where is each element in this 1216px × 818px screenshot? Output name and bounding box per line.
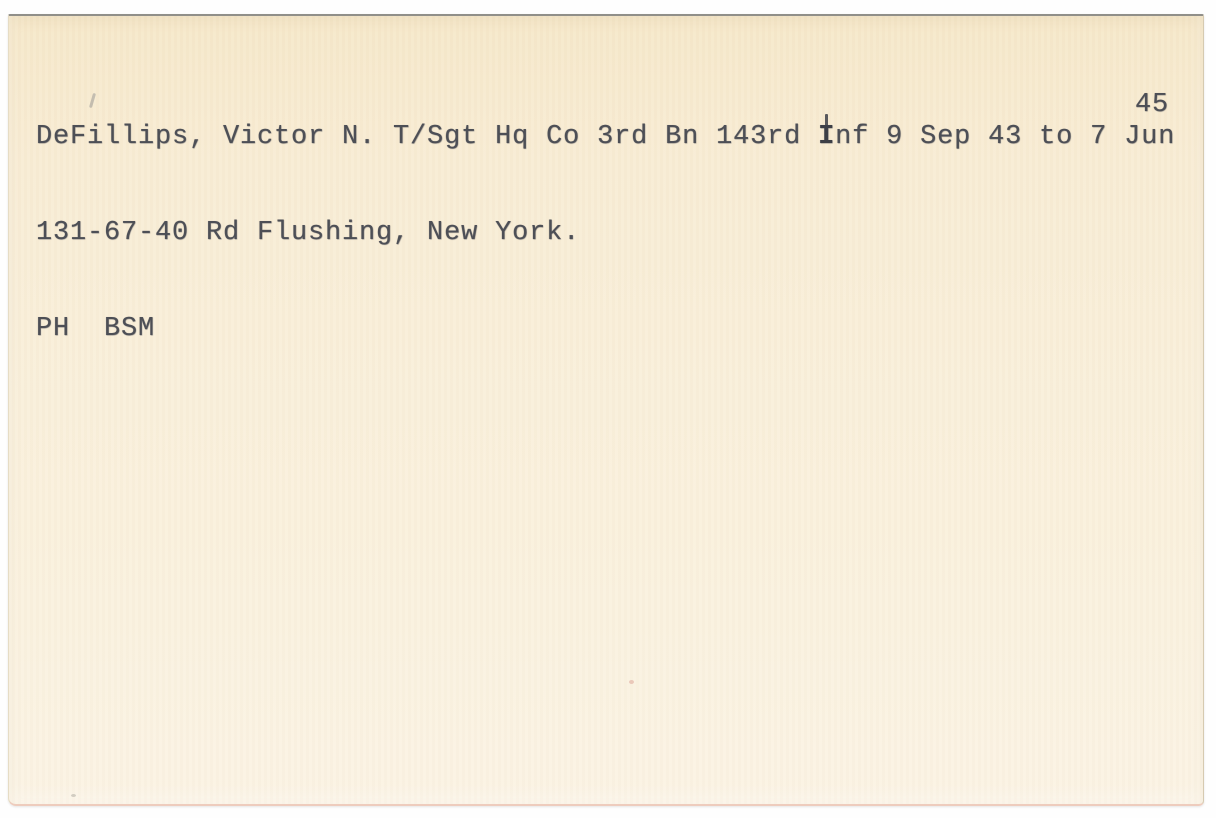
typed-line-3-awards: PH BSM — [36, 313, 1175, 345]
typed-line-1: DeFillips, Victor N. T/Sgt Hq Co 3rd Bn … — [36, 121, 1175, 153]
typed-text-block: DeFillips, Victor N. T/Sgt Hq Co 3rd Bn … — [36, 57, 1175, 409]
line1-text-post: nf 9 Sep 43 to 7 Jun — [835, 122, 1175, 152]
wrapped-year-text: 45 — [1135, 89, 1169, 121]
scanner-background: DeFillips, Victor N. T/Sgt Hq Co 3rd Bn … — [0, 0, 1216, 818]
line1-overstruck-char: I — [818, 122, 835, 152]
typed-line-2-address: 131-67-40 Rd Flushing, New York. — [36, 217, 1175, 249]
line1-text-pre: DeFillips, Victor N. T/Sgt Hq Co 3rd Bn … — [36, 122, 818, 152]
paper-speck — [71, 794, 76, 797]
paper-speck — [629, 680, 634, 684]
index-card: DeFillips, Victor N. T/Sgt Hq Co 3rd Bn … — [8, 14, 1204, 806]
